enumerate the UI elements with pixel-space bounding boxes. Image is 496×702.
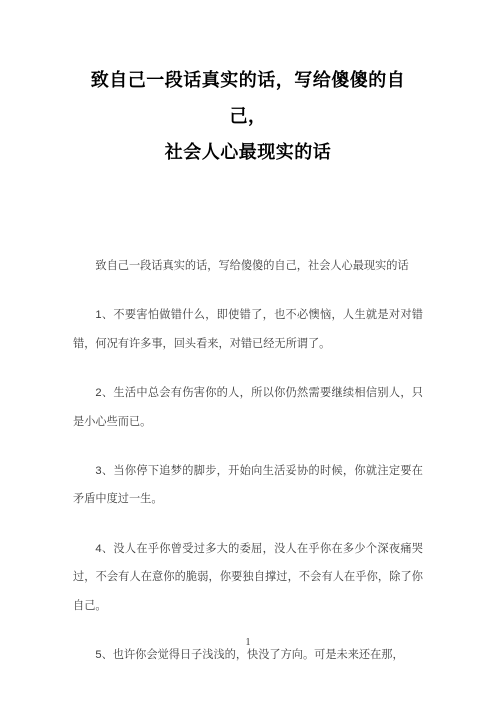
document-title-line2: 社会人心最现实的话 [73, 134, 423, 170]
paragraph-item-2: 2、生活中总会有伤害你的人，所以你仍然需要继续相信别人，只是小心些而已。 [73, 379, 423, 436]
document-title-line1: 致自己一段话真实的话，写给傻傻的自己， [73, 62, 423, 134]
document-page: 致自己一段话真实的话，写给傻傻的自己， 社会人心最现实的话 致自己一段话真实的话… [0, 0, 496, 702]
paragraph-item-3: 3、当你停下追梦的脚步，开始向生活妥协的时候，你就注定要在矛盾中度过一生。 [73, 457, 423, 514]
paragraph-intro: 致自己一段话真实的话，写给傻傻的自己，社会人心最现实的话 [73, 252, 423, 280]
paragraph-item-4: 4、没人在乎你曾受过多大的委屈，没人在乎你在多少个深夜痛哭过，不会有人在意你的脆… [73, 535, 423, 620]
paragraph-item-1: 1、不要害怕做错什么，即使错了，也不必懊恼，人生就是对对错错，何况有许多事，回头… [73, 301, 423, 358]
page-number: 1 [0, 636, 496, 650]
document-title: 致自己一段话真实的话，写给傻傻的自己， 社会人心最现实的话 [73, 62, 423, 170]
document-body: 致自己一段话真实的话，写给傻傻的自己，社会人心最现实的话 1、不要害怕做错什么，… [73, 252, 423, 669]
